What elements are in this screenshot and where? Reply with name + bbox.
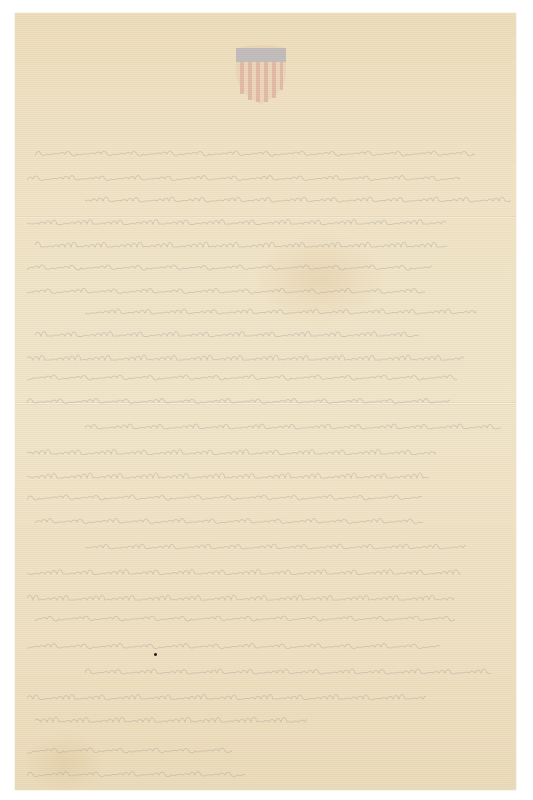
paper-fold-upper: [15, 216, 516, 218]
handwriting-line: [27, 262, 432, 276]
handwriting-line: [27, 395, 450, 409]
handwriting-line: [27, 690, 426, 704]
handwriting-line: [85, 193, 511, 207]
paper-fold-center: [15, 402, 516, 405]
handwriting-line: [27, 745, 232, 759]
handwriting-line: [35, 712, 307, 726]
handwriting-line: [27, 565, 461, 579]
handwriting-line: [35, 327, 419, 341]
handwriting-line: [35, 515, 423, 529]
handwriting-line: [27, 590, 454, 604]
handwriting-line: [85, 420, 501, 434]
handwriting-line: [85, 540, 466, 554]
us-shield-icon: [234, 44, 288, 106]
letter-paper: [15, 13, 516, 790]
handwriting-line: [27, 768, 245, 782]
handwriting-line: [27, 445, 436, 459]
handwriting-line: [35, 613, 455, 627]
handwriting-line: [85, 305, 476, 319]
handwriting-line: [27, 372, 457, 386]
paper-stain: [255, 233, 385, 323]
handwriting-line: [27, 492, 422, 506]
handwriting-line: [85, 665, 491, 679]
handwriting-line: [27, 285, 425, 299]
paper-stain: [25, 733, 105, 793]
handwriting-line: [27, 350, 464, 364]
ink-speck: [154, 653, 157, 656]
handwriting-line: [35, 237, 447, 251]
handwriting-line: [27, 215, 446, 229]
handwriting-line: [27, 468, 429, 482]
handwriting-line: [27, 172, 460, 186]
handwriting-line: [27, 640, 440, 654]
handwriting-line: [35, 148, 475, 162]
